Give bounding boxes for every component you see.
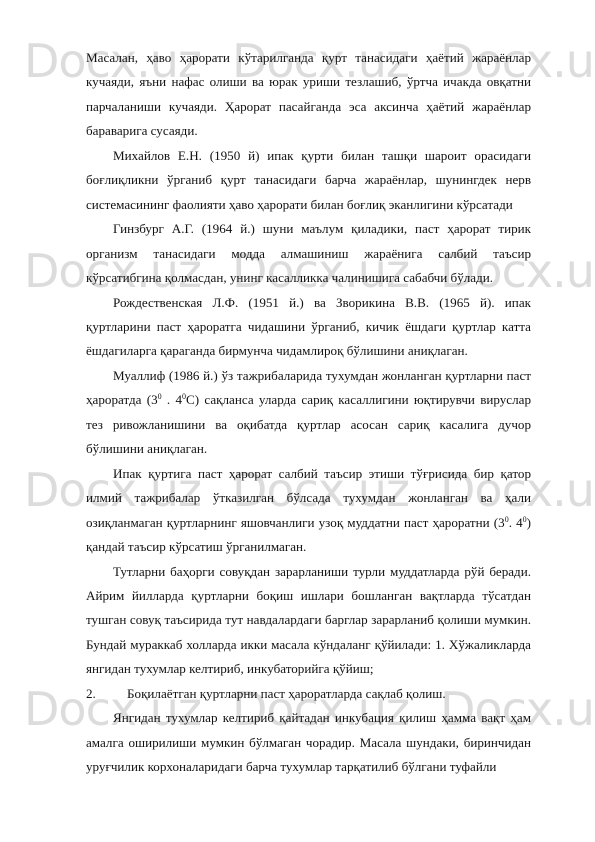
list-item-text: Боқилаётган қуртларни паст ҳароратларда … bbox=[127, 682, 446, 706]
paragraph-spring-frost: Тутларни баҳорги совуқдан зарарланиши ту… bbox=[86, 560, 531, 682]
text-segment: . 4 bbox=[162, 392, 182, 407]
numbered-list-item: 2. Боқилаётган қуртларни паст ҳароратлар… bbox=[86, 682, 531, 706]
list-number: 2. bbox=[86, 682, 127, 706]
text-segment: . 4 bbox=[509, 515, 523, 530]
paragraph-silkworm-low-temperature: Ипак қуртига паст ҳарорат салбий таъсир … bbox=[86, 462, 531, 560]
paragraph-author-experiments: Муаллиф (1986 й.) ўз тажрибаларида тухум… bbox=[86, 364, 531, 462]
text-segment: Ипак қуртига паст ҳарорат салбий таъсир … bbox=[86, 466, 531, 530]
paragraph-ginzburg: Гинзбург А.Г. (1964 й.) шуни маълум қила… bbox=[86, 217, 531, 290]
paragraph-reincubation: Янгидан тухумлар келтириб қайтадан инкуб… bbox=[86, 706, 531, 779]
paragraph-mikhailov: Михайлов Е.Н. (1950 й) ипак қурти билан … bbox=[86, 144, 531, 217]
paragraph-temperature-effects: Масалан, ҳаво ҳарорати кўтарилганда қурт… bbox=[86, 46, 531, 144]
document-page: Масалан, ҳаво ҳарорати кўтарилганда қурт… bbox=[86, 46, 531, 780]
paragraph-rozhdestvenskaya: Рождественская Л.Ф. (1951 й.) ва Зворики… bbox=[86, 291, 531, 364]
